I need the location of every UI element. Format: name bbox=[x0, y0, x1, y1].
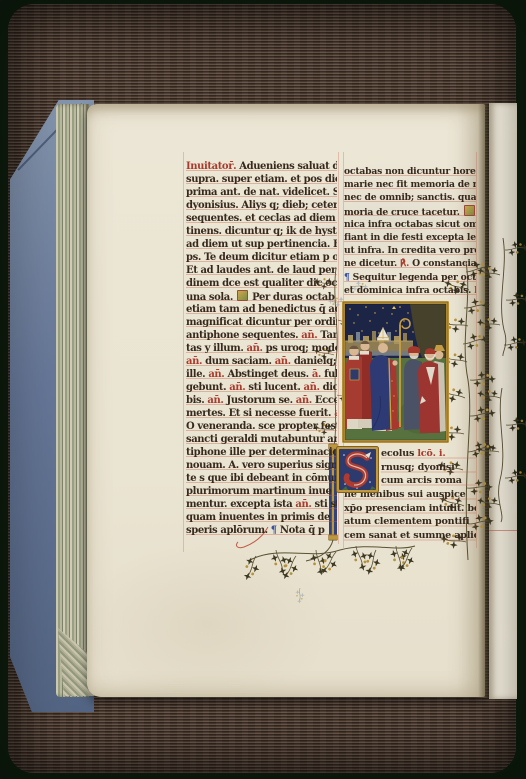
text-line: ¶ Sequitur legenda per oct. bbox=[344, 271, 476, 284]
text-line: gebunt. an̄. sti lucent. an̄. dic no bbox=[186, 381, 337, 394]
text-line: dyonisius. Aliys q; dieb; cetere bbox=[186, 199, 337, 212]
facing-page-sliver bbox=[489, 103, 517, 699]
text-column-right-beside-initial: ecolus lcō. i.rnusq; dyonisicum arcis ro… bbox=[381, 447, 476, 488]
text-line: xp̄o presenciam intulit. be bbox=[344, 502, 476, 516]
text-line: ille. an̄. Abstinget deus. ā. ful bbox=[186, 368, 337, 381]
text-line: cum arcis roma bbox=[381, 474, 476, 488]
text-line: prima ant. de nat. videlicet. Sed bbox=[186, 186, 337, 199]
manuscript-photo: Inuitator̄. Adueniens saluat desupra. su… bbox=[0, 0, 526, 779]
text-line: et dominica infra octabis. lcō. i. bbox=[344, 284, 476, 297]
gutter-fold bbox=[478, 104, 489, 698]
text-line: nica infra octabas sicut omnia bbox=[344, 218, 476, 231]
text-line: ad diem ut sup pertinencia. Et bbox=[186, 238, 337, 251]
text-column-left: Inuitator̄. Adueniens saluat desupra. su… bbox=[186, 160, 337, 537]
text-line: plurimorum martinum inue bbox=[186, 485, 337, 498]
text-line: fiant in die festi excepta legenda bbox=[344, 231, 476, 244]
text-line: speris aplōrum. ¶ Nota q̄ p bbox=[186, 524, 337, 537]
text-line: ut infra. In credita vero processio bbox=[344, 244, 476, 257]
miniature-saint-denis bbox=[342, 301, 449, 443]
text-line: sancti geraldi mutabuntur an bbox=[186, 433, 337, 446]
text-line: ne dicetur. ℟. O constancia. bbox=[344, 257, 476, 270]
text-line: mertes. Et si necesse fuerit. an̄. bbox=[186, 407, 337, 420]
text-line: dinem dce est qualiter dic octab. bbox=[186, 277, 337, 290]
text-line: O veneranda. sce propter festū bbox=[186, 420, 337, 433]
text-line: tinens. dicuntur q; ik de hystoria bbox=[186, 225, 337, 238]
text-line: tiphone ille per determinacionē bbox=[186, 446, 337, 459]
text-line: supra. super etiam. et pos dicet bbox=[186, 173, 337, 186]
text-column-right-top: octabas non dicuntur hore beatemarie nec… bbox=[344, 165, 476, 297]
text-line: octabas non dicuntur hore beate bbox=[344, 165, 476, 178]
text-line: bis. an̄. Justorum se. an̄. Ecce bbox=[186, 394, 337, 407]
ruling-line-vertical bbox=[476, 152, 477, 548]
facing-page-ruling-line bbox=[489, 530, 517, 531]
page-stack-fore-edge bbox=[56, 104, 89, 697]
text-line: cem sanat et summe aplica bbox=[344, 529, 476, 543]
text-line: magnificat dicuntur per ordine bbox=[186, 316, 337, 329]
text-line: marie nec fit memoria de reliquis bbox=[344, 178, 476, 191]
text-line: antiphone sequentes. an̄. Tan bbox=[186, 329, 337, 342]
text-line: atum clementem pontifi bbox=[344, 515, 476, 529]
text-line: ps. Te deum dicitur etiam p oct. bbox=[186, 251, 337, 264]
text-line: sequentes. et ceclas ad diem per bbox=[186, 212, 337, 225]
text-line: Et ad laudes ant. de laud per o: bbox=[186, 264, 337, 277]
text-line: mentur. excepta ista an̄. sti st. bbox=[186, 498, 337, 511]
illuminated-initial-s bbox=[336, 446, 379, 493]
text-column-right-below-initial: ne menibus sui auspicexp̄o presenciam in… bbox=[344, 488, 476, 542]
text-line: an̄. dum saciam. an̄. danielq; bbox=[186, 355, 337, 368]
text-line: nouam. A. vero superius signa bbox=[186, 459, 337, 472]
text-line: etiam tam ad benedictus q̄ ad bbox=[186, 303, 337, 316]
text-line: moria de cruce tacetur. ¶ Domi bbox=[344, 205, 476, 218]
text-line: tas y illum. an̄. ps uroq; modo. bbox=[186, 342, 337, 355]
text-line: rnusq; dyonisi bbox=[381, 461, 476, 475]
text-line: nec de omnib; sanctis. qualiq; me bbox=[344, 191, 476, 204]
text-line: quam inuentes in primis de bbox=[186, 511, 337, 524]
text-line: te s que ibi debeant in cōmuna bbox=[186, 472, 337, 485]
text-line: una sola. ¶ Per duras octab bbox=[186, 290, 337, 303]
text-line: Inuitator̄. Adueniens saluat de bbox=[186, 160, 337, 173]
ruling-line-vertical bbox=[183, 152, 184, 552]
text-line: ecolus lcō. i. bbox=[381, 447, 476, 461]
